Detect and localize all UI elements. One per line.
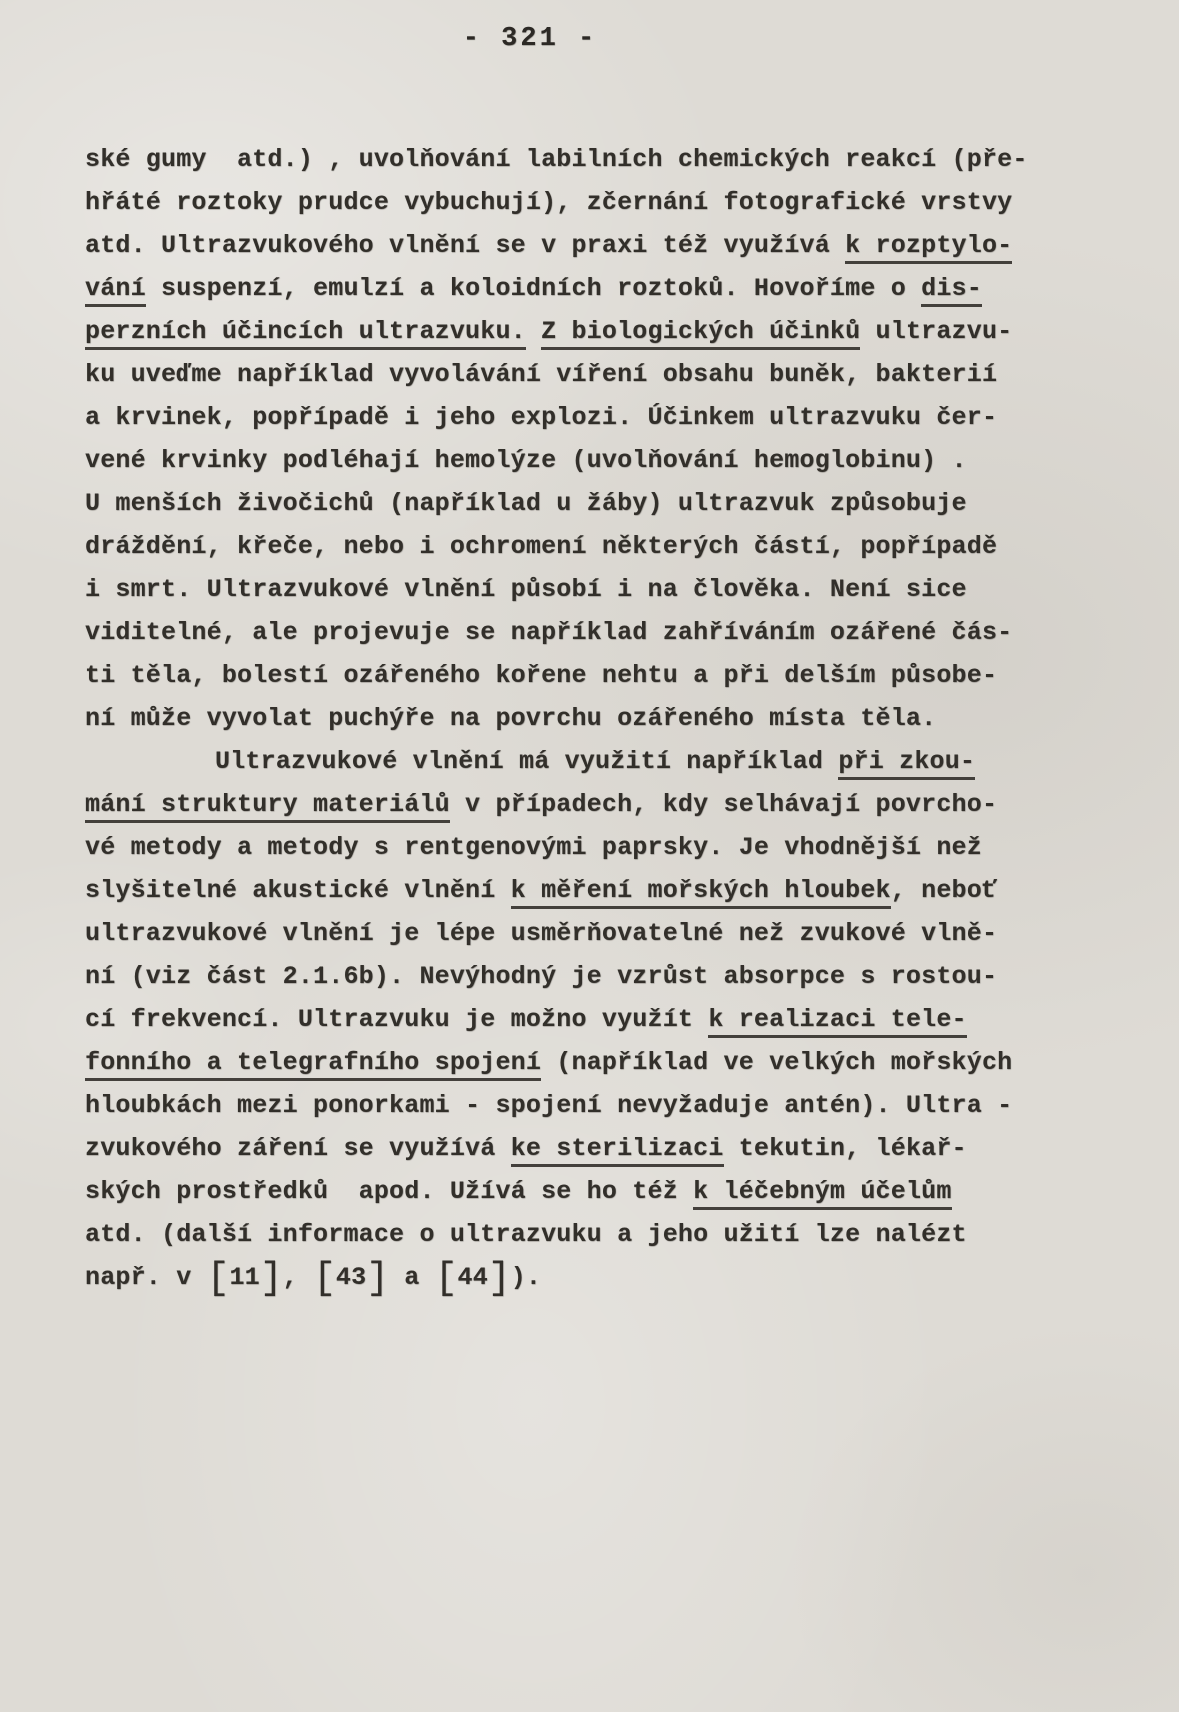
underlined-phrase: vání <box>85 274 146 307</box>
text-run: ní (viz část 2.1.6b). Nevýhodný je vzrůs… <box>85 962 997 991</box>
text-line: např. v [11], [43] a [44]). <box>85 1256 1050 1299</box>
text-run: hloubkách mezi ponorkami - spojení nevyž… <box>85 1091 1012 1120</box>
underlined-phrase: k realizaci tele- <box>708 1005 966 1038</box>
text-line: vené krvinky podléhají hemolýze (uvolňov… <box>85 439 1050 482</box>
reference-bracket: ] <box>260 1257 283 1300</box>
text-line: ku uveďme například vyvolávání víření ob… <box>85 353 1050 396</box>
text-run: , neboť <box>891 876 997 905</box>
text-run: tekutin, lékař- <box>724 1134 967 1163</box>
text-line: ultrazvukové vlnění je lépe usměrňovatel… <box>85 912 1050 955</box>
underlined-phrase: k rozptylo- <box>845 231 1012 264</box>
text-line: mání struktury materiálů v případech, kd… <box>85 783 1050 826</box>
text-line: Ultrazvukové vlnění má využití například… <box>85 740 1050 783</box>
text-line: ní může vyvolat puchýře na povrchu ozáře… <box>85 697 1050 740</box>
page-body: ské gumy atd.) , uvolňování labilních ch… <box>85 138 1050 1299</box>
text-run: viditelné, ale projevuje se například za… <box>85 618 1012 647</box>
text-line: ské gumy atd.) , uvolňování labilních ch… <box>85 138 1050 181</box>
text-run: např. v <box>85 1263 207 1292</box>
underlined-phrase: perzních účincích ultrazvuku. <box>85 317 526 350</box>
text-run: hřáté roztoky prudce vybuchují), zčernán… <box>85 188 1012 217</box>
page-number: - 321 - <box>430 24 630 54</box>
text-line: i smrt. Ultrazvukové vlnění působí i na … <box>85 568 1050 611</box>
text-run: i smrt. Ultrazvukové vlnění působí i na … <box>85 575 967 604</box>
text-line: fonního a telegrafního spojení (napříkla… <box>85 1041 1050 1084</box>
text-line: atd. Ultrazvukového vlnění se v praxi té… <box>85 224 1050 267</box>
text-line: viditelné, ale projevuje se například za… <box>85 611 1050 654</box>
text-line: zvukového záření se využívá ke steriliza… <box>85 1127 1050 1170</box>
text-run: zvukového záření se využívá <box>85 1134 511 1163</box>
text-line: vé metody a metody s rentgenovými paprsk… <box>85 826 1050 869</box>
text-run: U menších živočichů (například u žáby) u… <box>85 489 967 518</box>
scanned-document-page: - 321 - ské gumy atd.) , uvolňování labi… <box>0 0 1179 1712</box>
text-run: atd. (další informace o ultrazvuku a jeh… <box>85 1220 967 1249</box>
text-line: hloubkách mezi ponorkami - spojení nevyž… <box>85 1084 1050 1127</box>
underlined-phrase: Z biologických účinků <box>541 317 860 350</box>
text-run: , <box>283 1263 313 1292</box>
text-run: vené krvinky podléhají hemolýze (uvolňov… <box>85 446 967 475</box>
text-line: a krvinek, popřípadě i jeho explozi. Úči… <box>85 396 1050 439</box>
text-run: ní může vyvolat puchýře na povrchu ozáře… <box>85 704 936 733</box>
text-run: 43 <box>336 1263 366 1292</box>
text-run <box>526 317 541 346</box>
reference-bracket: ] <box>488 1257 511 1300</box>
text-run: a krvinek, popřípadě i jeho explozi. Úči… <box>85 403 997 432</box>
text-run: suspenzí, emulzí a koloidních roztoků. H… <box>146 274 921 303</box>
text-line: vání suspenzí, emulzí a koloidních rozto… <box>85 267 1050 310</box>
underlined-phrase: k měření mořských hloubek <box>511 876 891 909</box>
text-run: vé metody a metody s rentgenovými paprsk… <box>85 833 982 862</box>
reference-bracket: [ <box>313 1257 336 1300</box>
text-run: atd. Ultrazvukového vlnění se v praxi té… <box>85 231 845 260</box>
text-run: ti těla, bolestí ozářeného kořene nehtu … <box>85 661 997 690</box>
text-line: dráždění, křeče, nebo i ochromení někter… <box>85 525 1050 568</box>
underlined-phrase: ke sterilizaci <box>511 1134 724 1167</box>
text-run: ultrazvukové vlnění je lépe usměrňovatel… <box>85 919 997 948</box>
text-run: ku uveďme například vyvolávání víření ob… <box>85 360 997 389</box>
text-line: ských prostředků apod. Užívá se ho též k… <box>85 1170 1050 1213</box>
text-line: atd. (další informace o ultrazvuku a jeh… <box>85 1213 1050 1256</box>
text-line: perzních účincích ultrazvuku. Z biologic… <box>85 310 1050 353</box>
reference-bracket: [ <box>207 1257 230 1300</box>
text-run: slyšitelné akustické vlnění <box>85 876 511 905</box>
underlined-phrase: dis- <box>921 274 982 307</box>
text-run: dráždění, křeče, nebo i ochromení někter… <box>85 532 997 561</box>
text-run: a <box>389 1263 435 1292</box>
text-run: ské gumy atd.) , uvolňování labilních ch… <box>85 145 1028 174</box>
text-run: ultrazvu- <box>860 317 1012 346</box>
text-run: 44 <box>458 1263 488 1292</box>
underlined-phrase: k léčebným účelům <box>693 1177 951 1210</box>
reference-bracket: ] <box>366 1257 389 1300</box>
text-run: (například ve velkých mořských <box>541 1048 1012 1077</box>
underlined-phrase: mání struktury materiálů <box>85 790 450 823</box>
text-run: cí frekvencí. Ultrazvuku je možno využít <box>85 1005 708 1034</box>
reference-bracket: [ <box>435 1257 458 1300</box>
text-line: hřáté roztoky prudce vybuchují), zčernán… <box>85 181 1050 224</box>
underlined-phrase: při zkou- <box>838 747 975 780</box>
text-run: v případech, kdy selhávají povrcho- <box>450 790 997 819</box>
text-line: cí frekvencí. Ultrazvuku je možno využít… <box>85 998 1050 1041</box>
text-line: slyšitelné akustické vlnění k měření moř… <box>85 869 1050 912</box>
text-run: ). <box>511 1263 541 1292</box>
text-line: U menších živočichů (například u žáby) u… <box>85 482 1050 525</box>
underlined-phrase: fonního a telegrafního spojení <box>85 1048 541 1081</box>
text-line: ti těla, bolestí ozářeného kořene nehtu … <box>85 654 1050 697</box>
text-run: 11 <box>229 1263 259 1292</box>
text-run: Ultrazvukové vlnění má využití například <box>215 747 838 776</box>
text-run: ských prostředků apod. Užívá se ho též <box>85 1177 693 1206</box>
text-line: ní (viz část 2.1.6b). Nevýhodný je vzrůs… <box>85 955 1050 998</box>
